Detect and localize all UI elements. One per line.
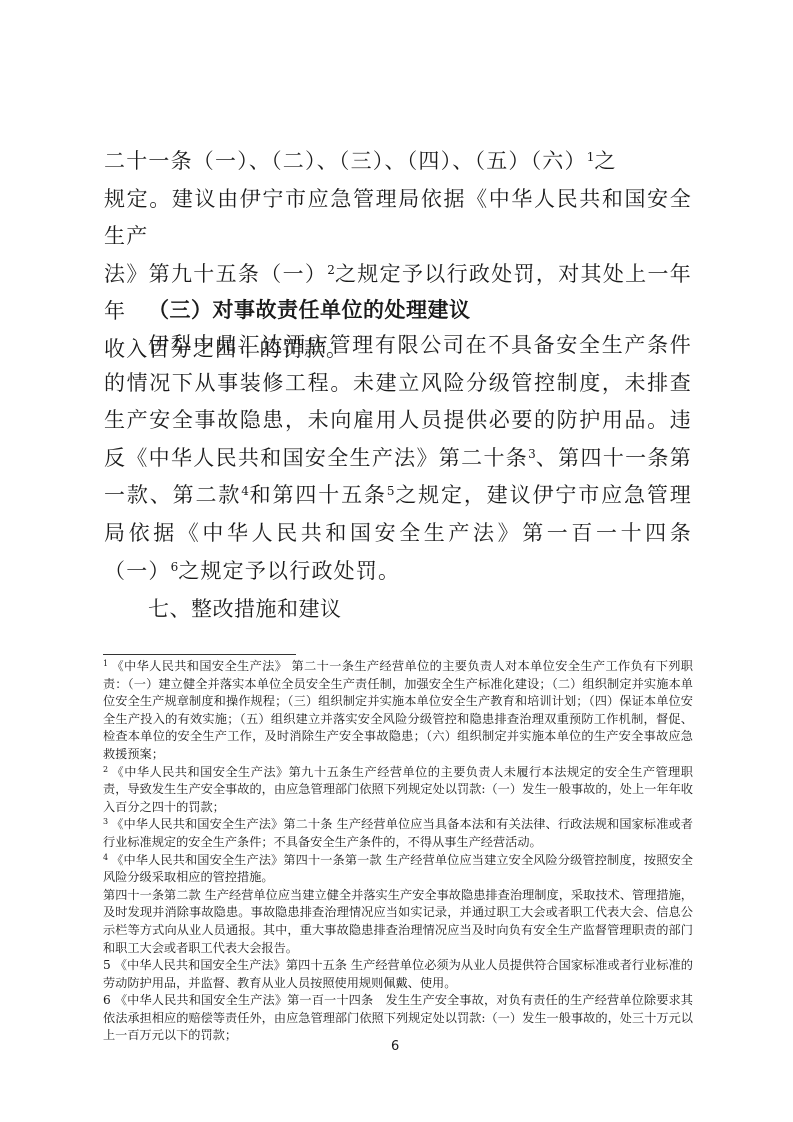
paragraph-line: 二十一条（一）、（二）、（三）、（四）、（五）（六）1之 <box>104 143 692 181</box>
section-3-paragraph: 伊犁中鼎汇达酒店管理有限公司在不具备安全生产条件的情况下从事装修工程。未建立风险… <box>104 327 692 590</box>
section-heading-7: 七、整改措施和建议 <box>148 593 342 623</box>
section-heading-3: （三）对事故责任单位的处理建议 <box>148 294 471 324</box>
footnote-3: 3《中华人民共和国安全生产法》第二十条 生产经营单位应当具备本法和有关法律、行政… <box>103 816 693 851</box>
footnote-4-continued: 第四十一条第二款 生产经营单位应当建立健全并落实生产安全事故隐患排查治理制度，采… <box>103 887 693 957</box>
paragraph-line: 规定。建议由伊宁市应急管理局依据《中华人民共和国安全生产 <box>104 181 692 256</box>
document-page: 二十一条（一）、（二）、（三）、（四）、（五）（六）1之 规定。建议由伊宁市应急… <box>0 0 793 1122</box>
footnote-ref[interactable]: 4 <box>241 484 249 498</box>
page-number: 6 <box>391 1039 399 1054</box>
footnote-separator <box>103 654 296 655</box>
footnote-4: 4《中华人民共和国安全生产法》第四十一条第一款 生产经营单位应当建立安全风险分级… <box>103 852 693 887</box>
footnote-ref[interactable]: 3 <box>528 447 536 461</box>
footnote-6: 6《中华人民共和国安全生产法》第一百一十四条 发生生产安全事故，对负有责任的生产… <box>103 992 693 1045</box>
footnote-ref[interactable]: 2 <box>327 263 335 277</box>
footnotes: 1《中华人民共和国安全生产法》 第二十一条生产经营单位的主要负责人对本单位安全生… <box>103 658 693 1045</box>
footnote-5: 5《中华人民共和国安全生产法》第四十五条 生产经营单位必须为从业人员提供符合国家… <box>103 957 693 992</box>
footnote-1: 1《中华人民共和国安全生产法》 第二十一条生产经营单位的主要负责人对本单位安全生… <box>103 658 693 764</box>
footnote-2: 2《中华人民共和国安全生产法》第九十五条生产经营单位的主要负责人未履行本法规定的… <box>103 764 693 817</box>
footnote-ref[interactable]: 5 <box>387 484 395 498</box>
